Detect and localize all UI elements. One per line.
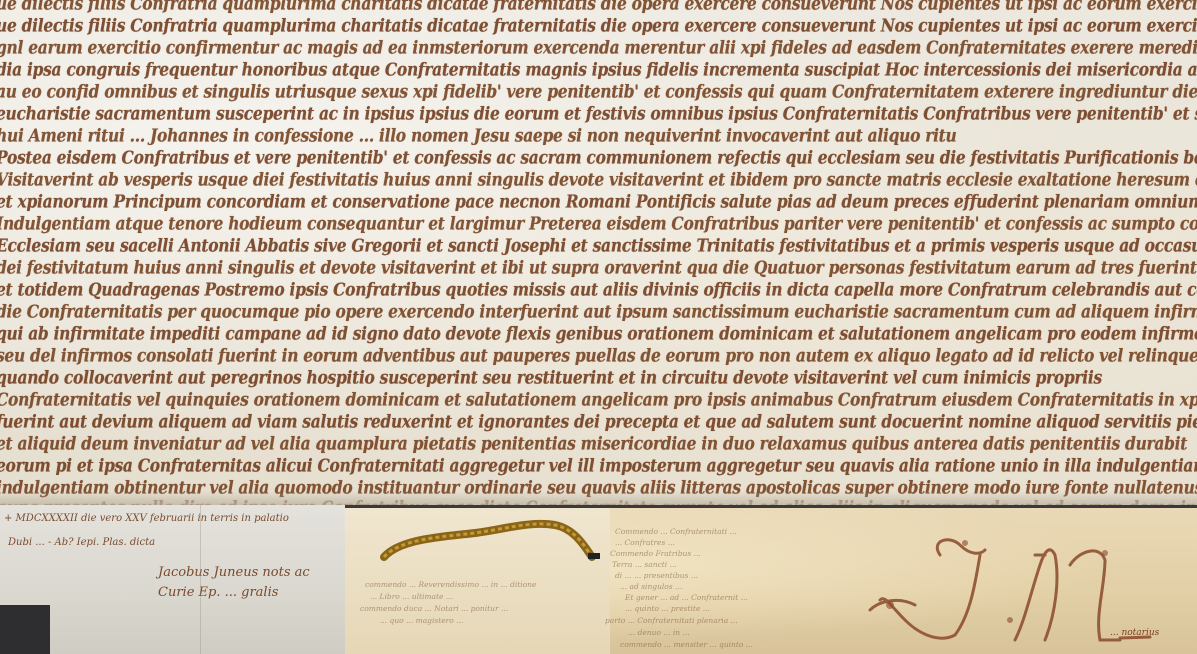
text-line: Ecclesiam seu sacelli Antonii Abbatis si…: [0, 234, 1197, 256]
faint-note: Commendo Fratribus ...: [610, 549, 701, 558]
text-line: et aliquid deum inveniatur ad vel alia q…: [0, 432, 1187, 454]
faint-note: commendo ... Reverendissimo ... in ... d…: [365, 580, 536, 589]
faint-note: ... denuo ... in ...: [628, 628, 690, 637]
faint-note: Commendo ... Confraternitati ...: [615, 527, 737, 536]
text-line: Visitaverint ab vesperis usque diei fest…: [0, 168, 1197, 190]
faint-note: ... quinto ... prestite ...: [625, 604, 710, 613]
endorsement-second-line: Dubi ... - Ab? Iepi. Plas. dicta: [8, 537, 155, 548]
text-line: eucharistie sacramentum susceperint ac i…: [0, 102, 1197, 124]
faint-note: commendo duca ... Notari ... ponitur ...: [360, 604, 508, 613]
faint-note: di ... ... presentibus ...: [615, 571, 698, 580]
text-line: dia ipsa congruis frequentur honoribus a…: [0, 58, 1197, 80]
faint-note: Et gener ... ad ... Confraternit ...: [625, 593, 748, 602]
notary-signature-line-1: Jacobus Juneus nots ac: [158, 565, 310, 580]
faint-note: ... quo ... magistero ...: [380, 616, 463, 625]
text-line: Postea eisdem Confratribus et vere penit…: [0, 146, 1197, 168]
text-line: eorum pi et ipsa Confraternitas alicui C…: [0, 454, 1197, 476]
notary-attestation: ... notarius: [1110, 628, 1159, 638]
notary-signature-line-2: Curie Ep. ... gralis: [158, 585, 278, 600]
text-line: quando collocaverint aut peregrinos hosp…: [0, 366, 1102, 388]
endorsement-fold: + MDCXXXXII die vero XXV februarii in te…: [0, 505, 345, 605]
text-line: seu del infirmos consolati fuerint in eo…: [0, 344, 1197, 366]
faint-note: ... ad singulos ...: [620, 582, 682, 591]
text-line: au eo confid omnibus et singulis utriusq…: [0, 80, 1197, 102]
text-line: dei festivitatum huius anni singulis et …: [0, 256, 1197, 278]
text-line: ue dilectis filiis Confratria quamplurim…: [0, 0, 1197, 14]
text-line: indulgentiam obtinentur vel alia quomodo…: [0, 476, 1197, 498]
text-line: et xpianorum Principum concordiam et con…: [0, 190, 1197, 212]
text-line: fuerint aut devium aliquem ad viam salut…: [0, 410, 1197, 432]
text-line: hui Ameni ritui ... Johannes in confessi…: [0, 124, 957, 146]
text-line: nunc presentes nullo dire ad ipso iure C…: [0, 496, 1197, 505]
faint-note: ... Libro ... ultimate ...: [370, 592, 453, 601]
seal-cord-icon: [380, 517, 600, 567]
faint-note: parto ... Confraternitati plenaria ...: [605, 616, 738, 625]
faint-note: ... Confratres ...: [615, 538, 675, 547]
faint-note: commendo ... mensiter ... quinto ...: [620, 640, 753, 649]
endorsement-date-line: + MDCXXXXII die vero XXV februarii in te…: [4, 513, 289, 524]
text-line: gnl earum exercitio confirmentur ac magi…: [0, 36, 1197, 58]
background-shadow: [0, 600, 50, 654]
faint-note: Terra ... sancti ...: [612, 560, 677, 569]
endorsement-fold-lower: [50, 600, 345, 654]
text-line: die Confraternitatis per quocumque pio o…: [0, 300, 1197, 322]
text-line: ue dilectis filiis Confratria quamplurim…: [0, 14, 1197, 36]
text-line: Confraternitatis vel quinquies orationem…: [0, 388, 1197, 410]
text-line: qui ab infirmitate impediti campane ad i…: [0, 322, 1197, 344]
charter-main-parchment: ue dilectis filiis Confratria quamplurim…: [0, 0, 1197, 505]
text-line: Indulgentiam atque tenore hodieum conseq…: [0, 212, 1197, 234]
text-line: et totidem Quadragenas Postremo ipsis Co…: [0, 278, 1197, 300]
fold-crease: [200, 505, 201, 654]
